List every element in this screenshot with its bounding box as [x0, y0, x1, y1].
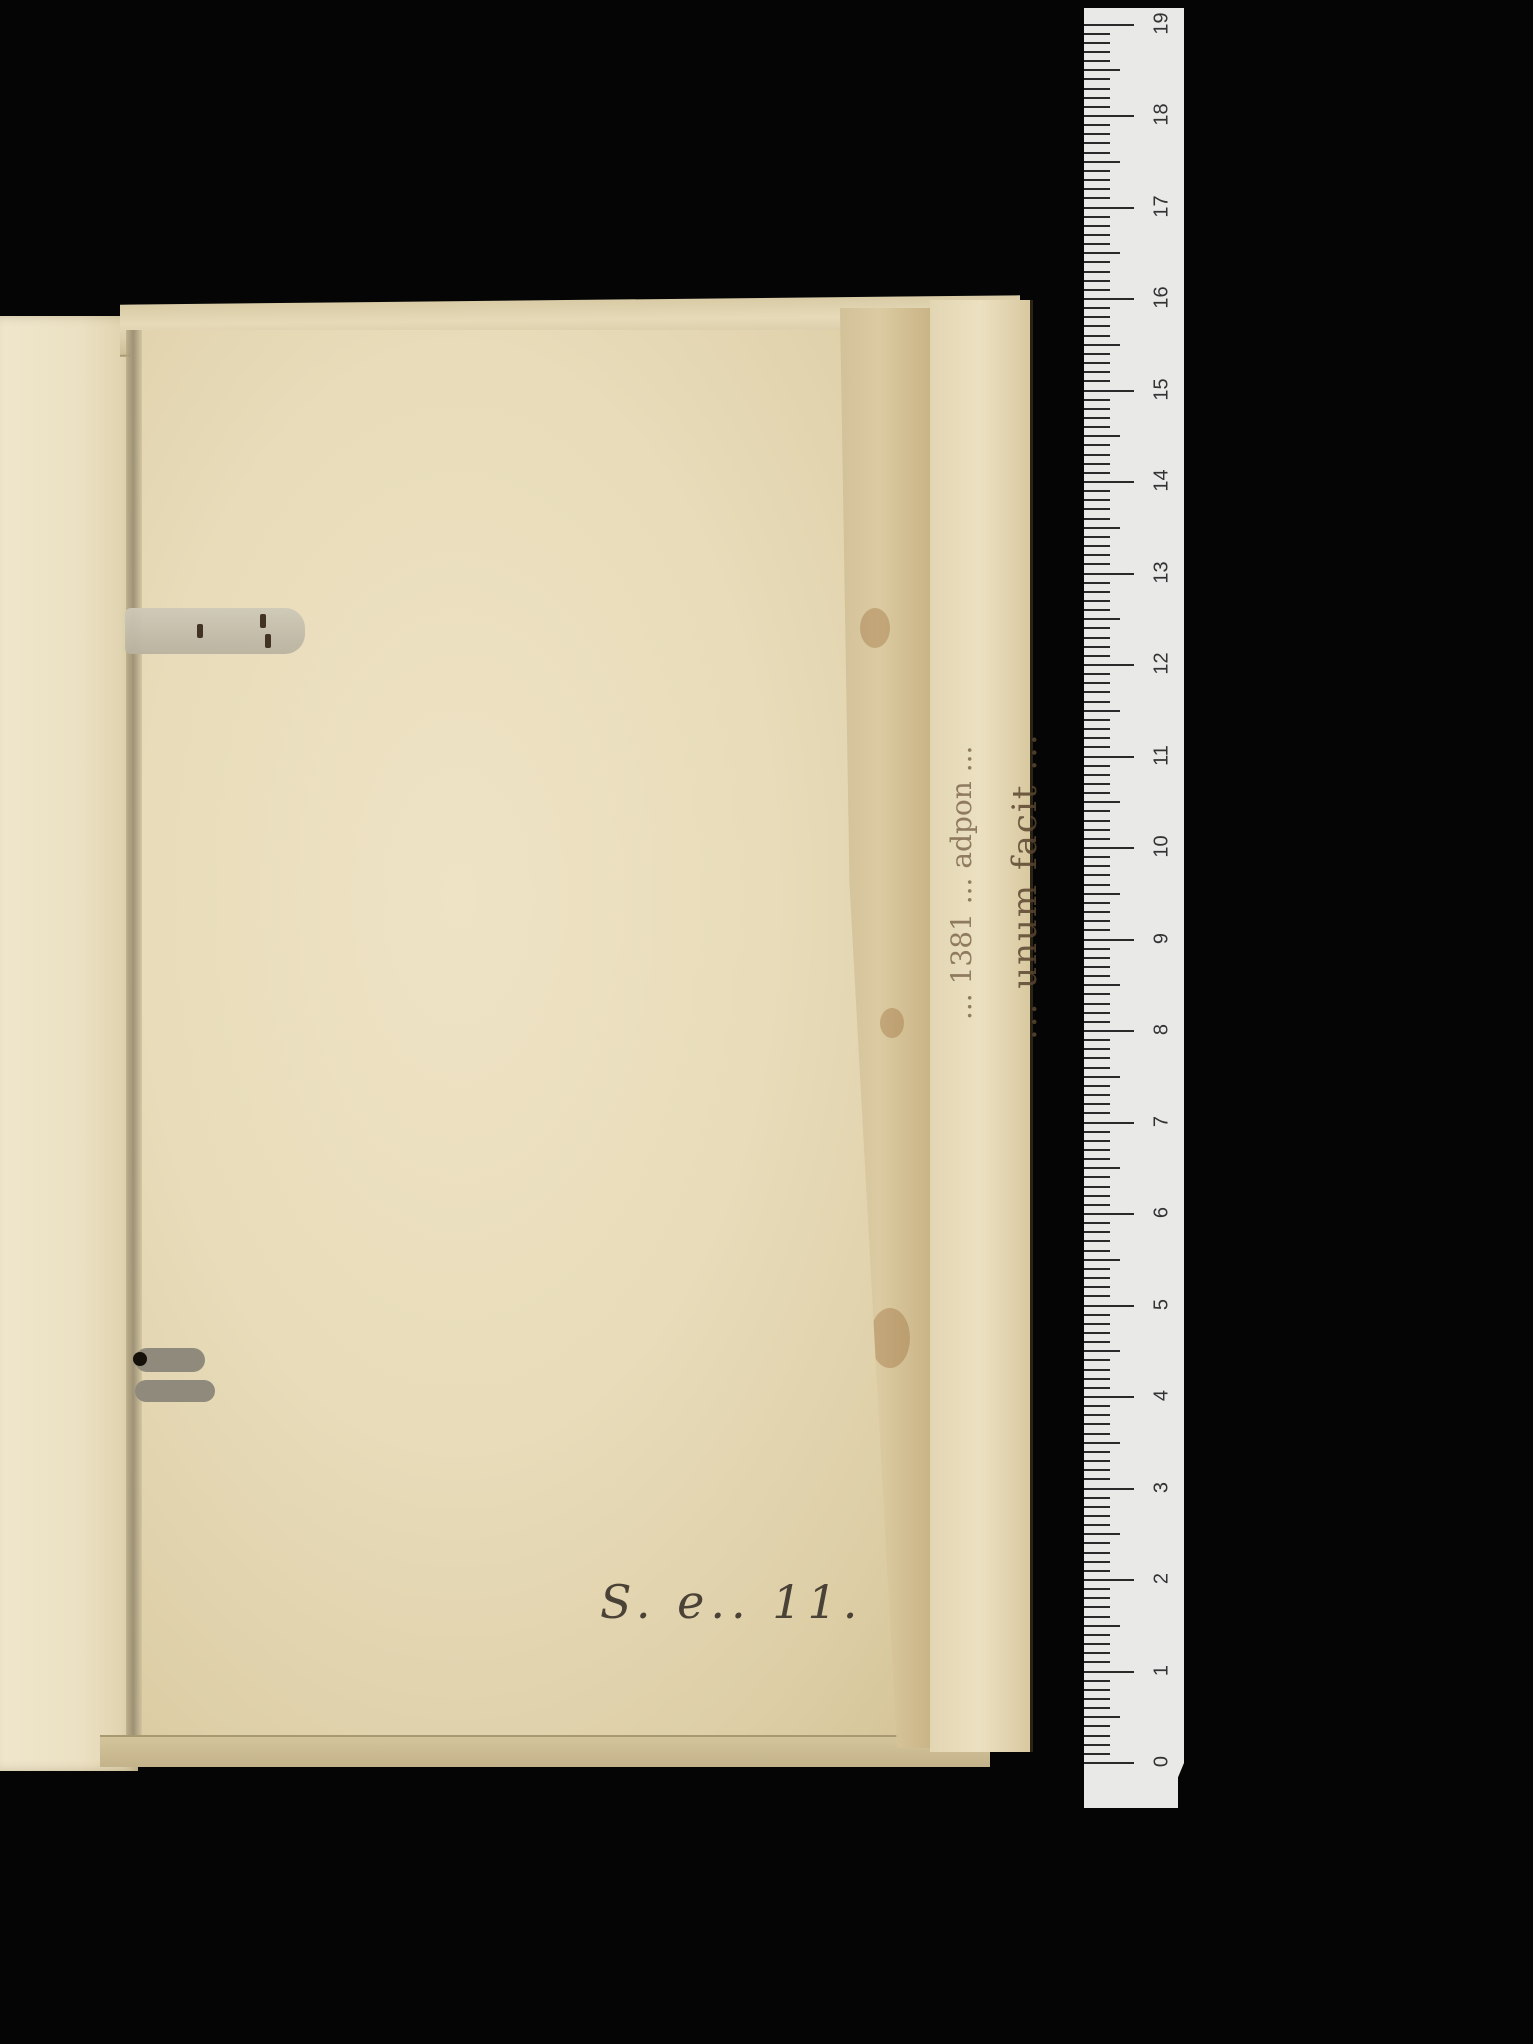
ruler-tick	[1084, 408, 1110, 410]
ruler-tick	[1084, 801, 1120, 803]
ruler-tick	[1084, 765, 1110, 767]
ruler-tick	[1084, 627, 1110, 629]
ruler-tick	[1084, 1405, 1110, 1407]
ruler-tick	[1084, 1634, 1110, 1636]
ruler-tick	[1084, 1533, 1120, 1535]
ruler-tick	[1084, 664, 1134, 666]
ruler-tick	[1084, 1259, 1120, 1261]
ruler-tick	[1084, 399, 1110, 401]
ruler-tick	[1084, 1012, 1110, 1014]
ruler-tick	[1084, 454, 1110, 456]
ruler-tick	[1084, 774, 1110, 776]
ruler-tick	[1084, 1762, 1134, 1764]
ruler-tick	[1084, 939, 1134, 941]
ruler-tick	[1084, 234, 1110, 236]
ruler-tick	[1084, 1277, 1110, 1279]
ruler-tick	[1084, 1451, 1110, 1453]
ruler-tick	[1084, 1396, 1134, 1398]
ruler-tick	[1084, 1588, 1110, 1590]
ruler-tick	[1084, 646, 1110, 648]
sewing-tab-lower	[105, 1348, 205, 1408]
ruler-tick	[1084, 829, 1110, 831]
ruler-tick	[1084, 1268, 1110, 1270]
ruler-tick	[1084, 115, 1134, 117]
spine-inscription-secondary: ... 1381 ... adpon ...	[945, 520, 978, 1020]
ruler-tick	[1084, 1332, 1110, 1334]
ruler-tick	[1084, 1460, 1110, 1462]
ruler-tick	[1084, 737, 1110, 739]
ruler-tick	[1084, 573, 1134, 575]
ruler-tick	[1084, 710, 1120, 712]
ruler-tick	[1084, 1213, 1134, 1215]
ruler-tick	[1084, 1057, 1110, 1059]
ruler-tick	[1084, 820, 1110, 822]
ruler-tick	[1084, 271, 1110, 273]
ruler-tick	[1084, 124, 1110, 126]
ruler-tick	[1084, 1378, 1110, 1380]
ruler-tick	[1084, 792, 1110, 794]
ruler-label: 4	[1151, 1376, 1174, 1416]
ruler-tick	[1084, 1176, 1110, 1178]
photo-scene: ... unum facit ... ... 1381 ... adpon ..…	[0, 0, 1533, 2044]
ruler-tick	[1084, 1103, 1110, 1105]
ruler-tick	[1084, 1112, 1110, 1114]
ruler-tick	[1084, 1369, 1110, 1371]
ruler-tick	[1084, 69, 1120, 71]
ruler-tick	[1084, 518, 1110, 520]
ruler-tick	[1084, 1250, 1110, 1252]
ruler-tick	[1084, 1753, 1110, 1755]
ruler-tick	[1084, 756, 1134, 758]
scale-ruler: 012345678910111213141516171819	[1084, 8, 1184, 1808]
ruler-tick	[1084, 1524, 1110, 1526]
ruler-tick	[1084, 1048, 1110, 1050]
ruler-label: 3	[1151, 1467, 1174, 1507]
ruler-tick	[1084, 838, 1110, 840]
ruler-tick	[1084, 508, 1110, 510]
ruler-tick	[1084, 1094, 1110, 1096]
ruler-tick	[1084, 884, 1110, 886]
ruler-tick	[1084, 390, 1134, 392]
ruler-tick	[1084, 207, 1134, 209]
ruler-label: 1	[1151, 1650, 1174, 1690]
ruler-tick	[1084, 51, 1110, 53]
ruler-tick	[1084, 1067, 1110, 1069]
ruler-tick	[1084, 1122, 1134, 1124]
ruler-tick	[1084, 97, 1110, 99]
ruler-tick	[1084, 1323, 1110, 1325]
ruler-tick	[1084, 1515, 1110, 1517]
ruler-tick	[1084, 1414, 1110, 1416]
ruler-tick	[1084, 600, 1110, 602]
ruler-label: 19	[1151, 3, 1174, 43]
ruler-tick	[1084, 481, 1134, 483]
ruler-tick	[1084, 1140, 1110, 1142]
sewing-tab-upper	[125, 608, 305, 654]
ruler-tick	[1084, 719, 1110, 721]
ruler-tick	[1084, 78, 1110, 80]
ruler-tick	[1084, 1131, 1110, 1133]
ruler-tick	[1084, 243, 1110, 245]
ruler-tick	[1084, 1195, 1110, 1197]
ruler-tick	[1084, 24, 1134, 26]
ruler-tick	[1084, 1305, 1134, 1307]
ruler-tick	[1084, 783, 1110, 785]
ruler-tick	[1084, 1542, 1110, 1544]
ruler-tick	[1084, 353, 1110, 355]
ruler-tick	[1084, 88, 1110, 90]
ruler-tick	[1084, 1186, 1110, 1188]
ruler-tick	[1084, 33, 1110, 35]
ruler-tick	[1084, 170, 1110, 172]
ruler-tick	[1084, 1616, 1110, 1618]
ruler-tick	[1084, 563, 1110, 565]
ruler-tick	[1084, 545, 1110, 547]
ruler-tick	[1084, 984, 1120, 986]
ruler-tick	[1084, 591, 1110, 593]
ruler-tick	[1084, 847, 1134, 849]
ruler-tick	[1084, 1469, 1110, 1471]
ruler-tick	[1084, 655, 1110, 657]
ruler-tick	[1084, 307, 1110, 309]
ruler-tick	[1084, 1433, 1110, 1435]
ruler-tick	[1084, 316, 1110, 318]
ruler-tick	[1084, 746, 1110, 748]
ruler-tick	[1084, 893, 1120, 895]
ruler-tick	[1084, 1314, 1110, 1316]
ruler-tick	[1084, 1423, 1110, 1425]
bottom-cover-edge	[100, 1735, 990, 1767]
ruler-tick	[1084, 426, 1110, 428]
ruler-tick	[1084, 1167, 1120, 1169]
ruler-tick	[1084, 1698, 1110, 1700]
ruler-tick	[1084, 1286, 1110, 1288]
ruler-tick	[1084, 1680, 1110, 1682]
ruler-label: 13	[1151, 552, 1174, 592]
ruler-label: 2	[1151, 1559, 1174, 1599]
ruler-tick	[1084, 1021, 1110, 1023]
ruler-tick	[1084, 197, 1110, 199]
ruler-label: 11	[1151, 735, 1174, 775]
ruler-tick	[1084, 216, 1110, 218]
ruler-tick	[1084, 527, 1120, 529]
ruler-tick	[1084, 252, 1120, 254]
ruler-tick	[1084, 280, 1110, 282]
ruler-label: 18	[1151, 95, 1174, 135]
ruler-tick	[1084, 637, 1110, 639]
ruler-tick	[1084, 701, 1110, 703]
ruler-tick	[1084, 1478, 1110, 1480]
ruler-tick	[1084, 1552, 1110, 1554]
ruler-tick	[1084, 435, 1120, 437]
ruler-tick	[1084, 1149, 1110, 1151]
ruler-label: 10	[1151, 827, 1174, 867]
ruler-tick	[1084, 728, 1110, 730]
ruler-tick	[1084, 472, 1110, 474]
ruler-tick	[1084, 289, 1110, 291]
ruler-label: 15	[1151, 369, 1174, 409]
ruler-tick	[1084, 1597, 1110, 1599]
ruler-tick	[1084, 1579, 1134, 1581]
ruler-tick	[1084, 1158, 1110, 1160]
ruler-tick	[1084, 106, 1110, 108]
ruler-tick	[1084, 554, 1110, 556]
ruler-tick	[1084, 1561, 1110, 1563]
ruler-tick	[1084, 1039, 1110, 1041]
ruler-tick	[1084, 810, 1110, 812]
ruler-tick	[1084, 1716, 1120, 1718]
ruler-tick	[1084, 1671, 1134, 1673]
ruler-label: 9	[1151, 918, 1174, 958]
ruler-tick	[1084, 673, 1110, 675]
ruler-label: 16	[1151, 278, 1174, 318]
ruler-tick	[1084, 499, 1110, 501]
ruler-tick	[1084, 1341, 1110, 1343]
ruler-tick	[1084, 1661, 1110, 1663]
ruler-tick	[1084, 1488, 1134, 1490]
ruler-tick	[1084, 60, 1110, 62]
ruler-tick	[1084, 1359, 1110, 1361]
ruler-tick	[1084, 975, 1110, 977]
ruler-label: 7	[1151, 1101, 1174, 1141]
ruler-tick	[1084, 582, 1110, 584]
ruler-tick	[1084, 188, 1110, 190]
ruler-tick	[1084, 1497, 1110, 1499]
ruler-tick	[1084, 1689, 1110, 1691]
ruler-label: 0	[1151, 1742, 1174, 1782]
ruler-tick	[1084, 1744, 1110, 1746]
ruler-tick	[1084, 691, 1110, 693]
ruler-tick	[1084, 1222, 1110, 1224]
ruler-tick	[1084, 966, 1110, 968]
ruler-tick	[1084, 335, 1110, 337]
binding-gutter	[126, 330, 142, 1750]
ruler-tick	[1084, 380, 1110, 382]
ruler-tick	[1084, 874, 1110, 876]
ruler-tick	[1084, 1442, 1120, 1444]
left-flyleaf	[0, 316, 138, 1771]
ruler-tick	[1084, 1240, 1110, 1242]
ruler-tick	[1084, 1570, 1110, 1572]
ruler-tick	[1084, 1231, 1110, 1233]
ruler-tick	[1084, 1707, 1110, 1709]
ruler-tick	[1084, 298, 1134, 300]
ruler-tick	[1084, 325, 1110, 327]
ruler-tick	[1084, 161, 1120, 163]
ruler-tick	[1084, 179, 1110, 181]
ruler-tick	[1084, 1606, 1110, 1608]
ruler-tick	[1084, 152, 1110, 154]
ruler-label: 5	[1151, 1284, 1174, 1324]
ruler-tick	[1084, 1085, 1110, 1087]
ruler-tick	[1084, 1204, 1110, 1206]
ruler-tick	[1084, 463, 1110, 465]
ruler-tick	[1084, 902, 1110, 904]
pastedown-page	[130, 330, 950, 1748]
ruler-tick	[1084, 142, 1110, 144]
ruler-tick	[1084, 911, 1110, 913]
ruler-tick	[1084, 865, 1110, 867]
ruler-tick	[1084, 1295, 1110, 1297]
ruler-tick	[1084, 1652, 1110, 1654]
ruler-tick	[1084, 344, 1120, 346]
ruler-tick	[1084, 1387, 1110, 1389]
ruler-tick	[1084, 1076, 1120, 1078]
ruler-label: 12	[1151, 644, 1174, 684]
ruler-tick	[1084, 1030, 1134, 1032]
ruler-tick	[1084, 225, 1110, 227]
ruler-tick	[1084, 856, 1110, 858]
ruler-tick	[1084, 417, 1110, 419]
ruler-tick	[1084, 1506, 1110, 1508]
ruler-tick	[1084, 490, 1110, 492]
ruler-label: 8	[1151, 1010, 1174, 1050]
ruler-tick	[1084, 1003, 1110, 1005]
spine-inscription: ... unum facit ...	[1005, 340, 1045, 1040]
ruler-tick	[1084, 1625, 1120, 1627]
ruler-tick	[1084, 536, 1110, 538]
ruler-tick	[1084, 993, 1110, 995]
ruler-label: 14	[1151, 461, 1174, 501]
ruler-tick	[1084, 618, 1120, 620]
ruler-tick	[1084, 261, 1110, 263]
shelfmark-inscription: S. e.. 11.	[600, 1575, 863, 1629]
ruler-tick	[1084, 609, 1110, 611]
ruler-tick	[1084, 682, 1110, 684]
ruler-tick	[1084, 929, 1110, 931]
ruler-tick	[1084, 42, 1110, 44]
ruler-tick	[1084, 371, 1110, 373]
ruler-label: 6	[1151, 1193, 1174, 1233]
ruler-tick	[1084, 957, 1110, 959]
ruler-tick	[1084, 444, 1110, 446]
ruler-tick	[1084, 1725, 1110, 1727]
ruler-tick	[1084, 920, 1110, 922]
ruler-tick	[1084, 133, 1110, 135]
ruler-label: 17	[1151, 186, 1174, 226]
ruler-tick	[1084, 948, 1110, 950]
ruler-tick	[1084, 362, 1110, 364]
ruler-tick	[1084, 1735, 1110, 1737]
ruler-tick	[1084, 1350, 1120, 1352]
ruler-tick	[1084, 1643, 1110, 1645]
